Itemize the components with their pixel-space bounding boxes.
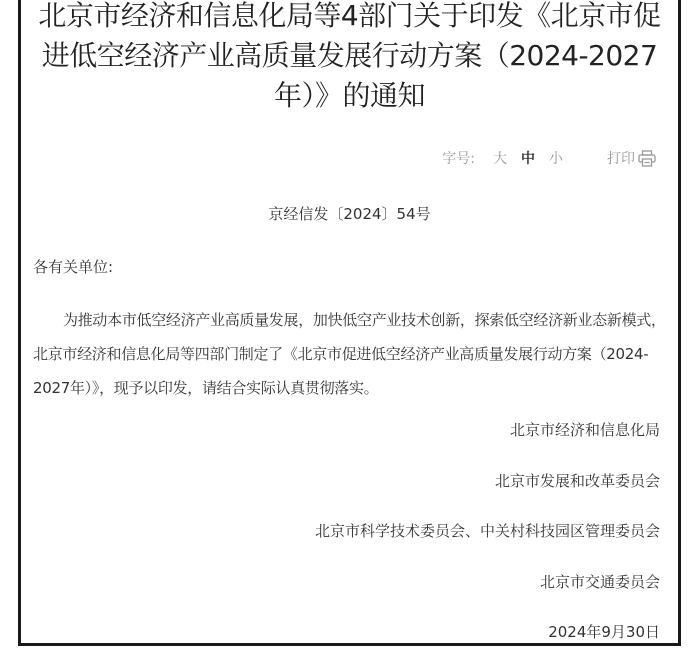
font-size-medium-button[interactable]: 中 xyxy=(521,148,535,168)
title-line-3: 年）》的通知 xyxy=(21,76,678,116)
font-size-label: 字号: xyxy=(442,148,475,168)
print-button[interactable]: 打印 xyxy=(607,148,656,168)
font-size-small-button[interactable]: 小 xyxy=(549,148,563,168)
body-paragraph: 为推动本市低空经济产业高质量发展，加快低空产业技术创新，探索低空经济新业态新模式… xyxy=(33,303,673,405)
signatory-2: 北京市发展和改革委员会 xyxy=(495,470,660,491)
title-line-1: 北京市经济和信息化局等4部门关于印发《北京市促 xyxy=(21,0,678,36)
salutation: 各有关单位: xyxy=(33,256,113,277)
title-line-2: 进低空经济产业高质量发展行动方案（2024-2027 xyxy=(21,36,678,76)
document-number: 京经信发〔2024〕54号 xyxy=(21,203,678,224)
document-toolbar: 字号: 大 中 小 打印 xyxy=(442,148,656,168)
page-title: 北京市经济和信息化局等4部门关于印发《北京市促 进低空经济产业高质量发展行动方案… xyxy=(21,0,678,116)
document-date: 2024年9月30日 xyxy=(548,621,660,642)
signatory-1: 北京市经济和信息化局 xyxy=(510,419,660,440)
font-size-large-button[interactable]: 大 xyxy=(493,148,507,168)
printer-icon xyxy=(638,150,656,167)
document-frame: 北京市经济和信息化局等4部门关于印发《北京市促 进低空经济产业高质量发展行动方案… xyxy=(18,0,681,646)
print-label: 打印 xyxy=(607,148,635,168)
signatory-3: 北京市科学技术委员会、中关村科技园区管理委员会 xyxy=(315,520,660,541)
signatory-4: 北京市交通委员会 xyxy=(540,571,660,592)
